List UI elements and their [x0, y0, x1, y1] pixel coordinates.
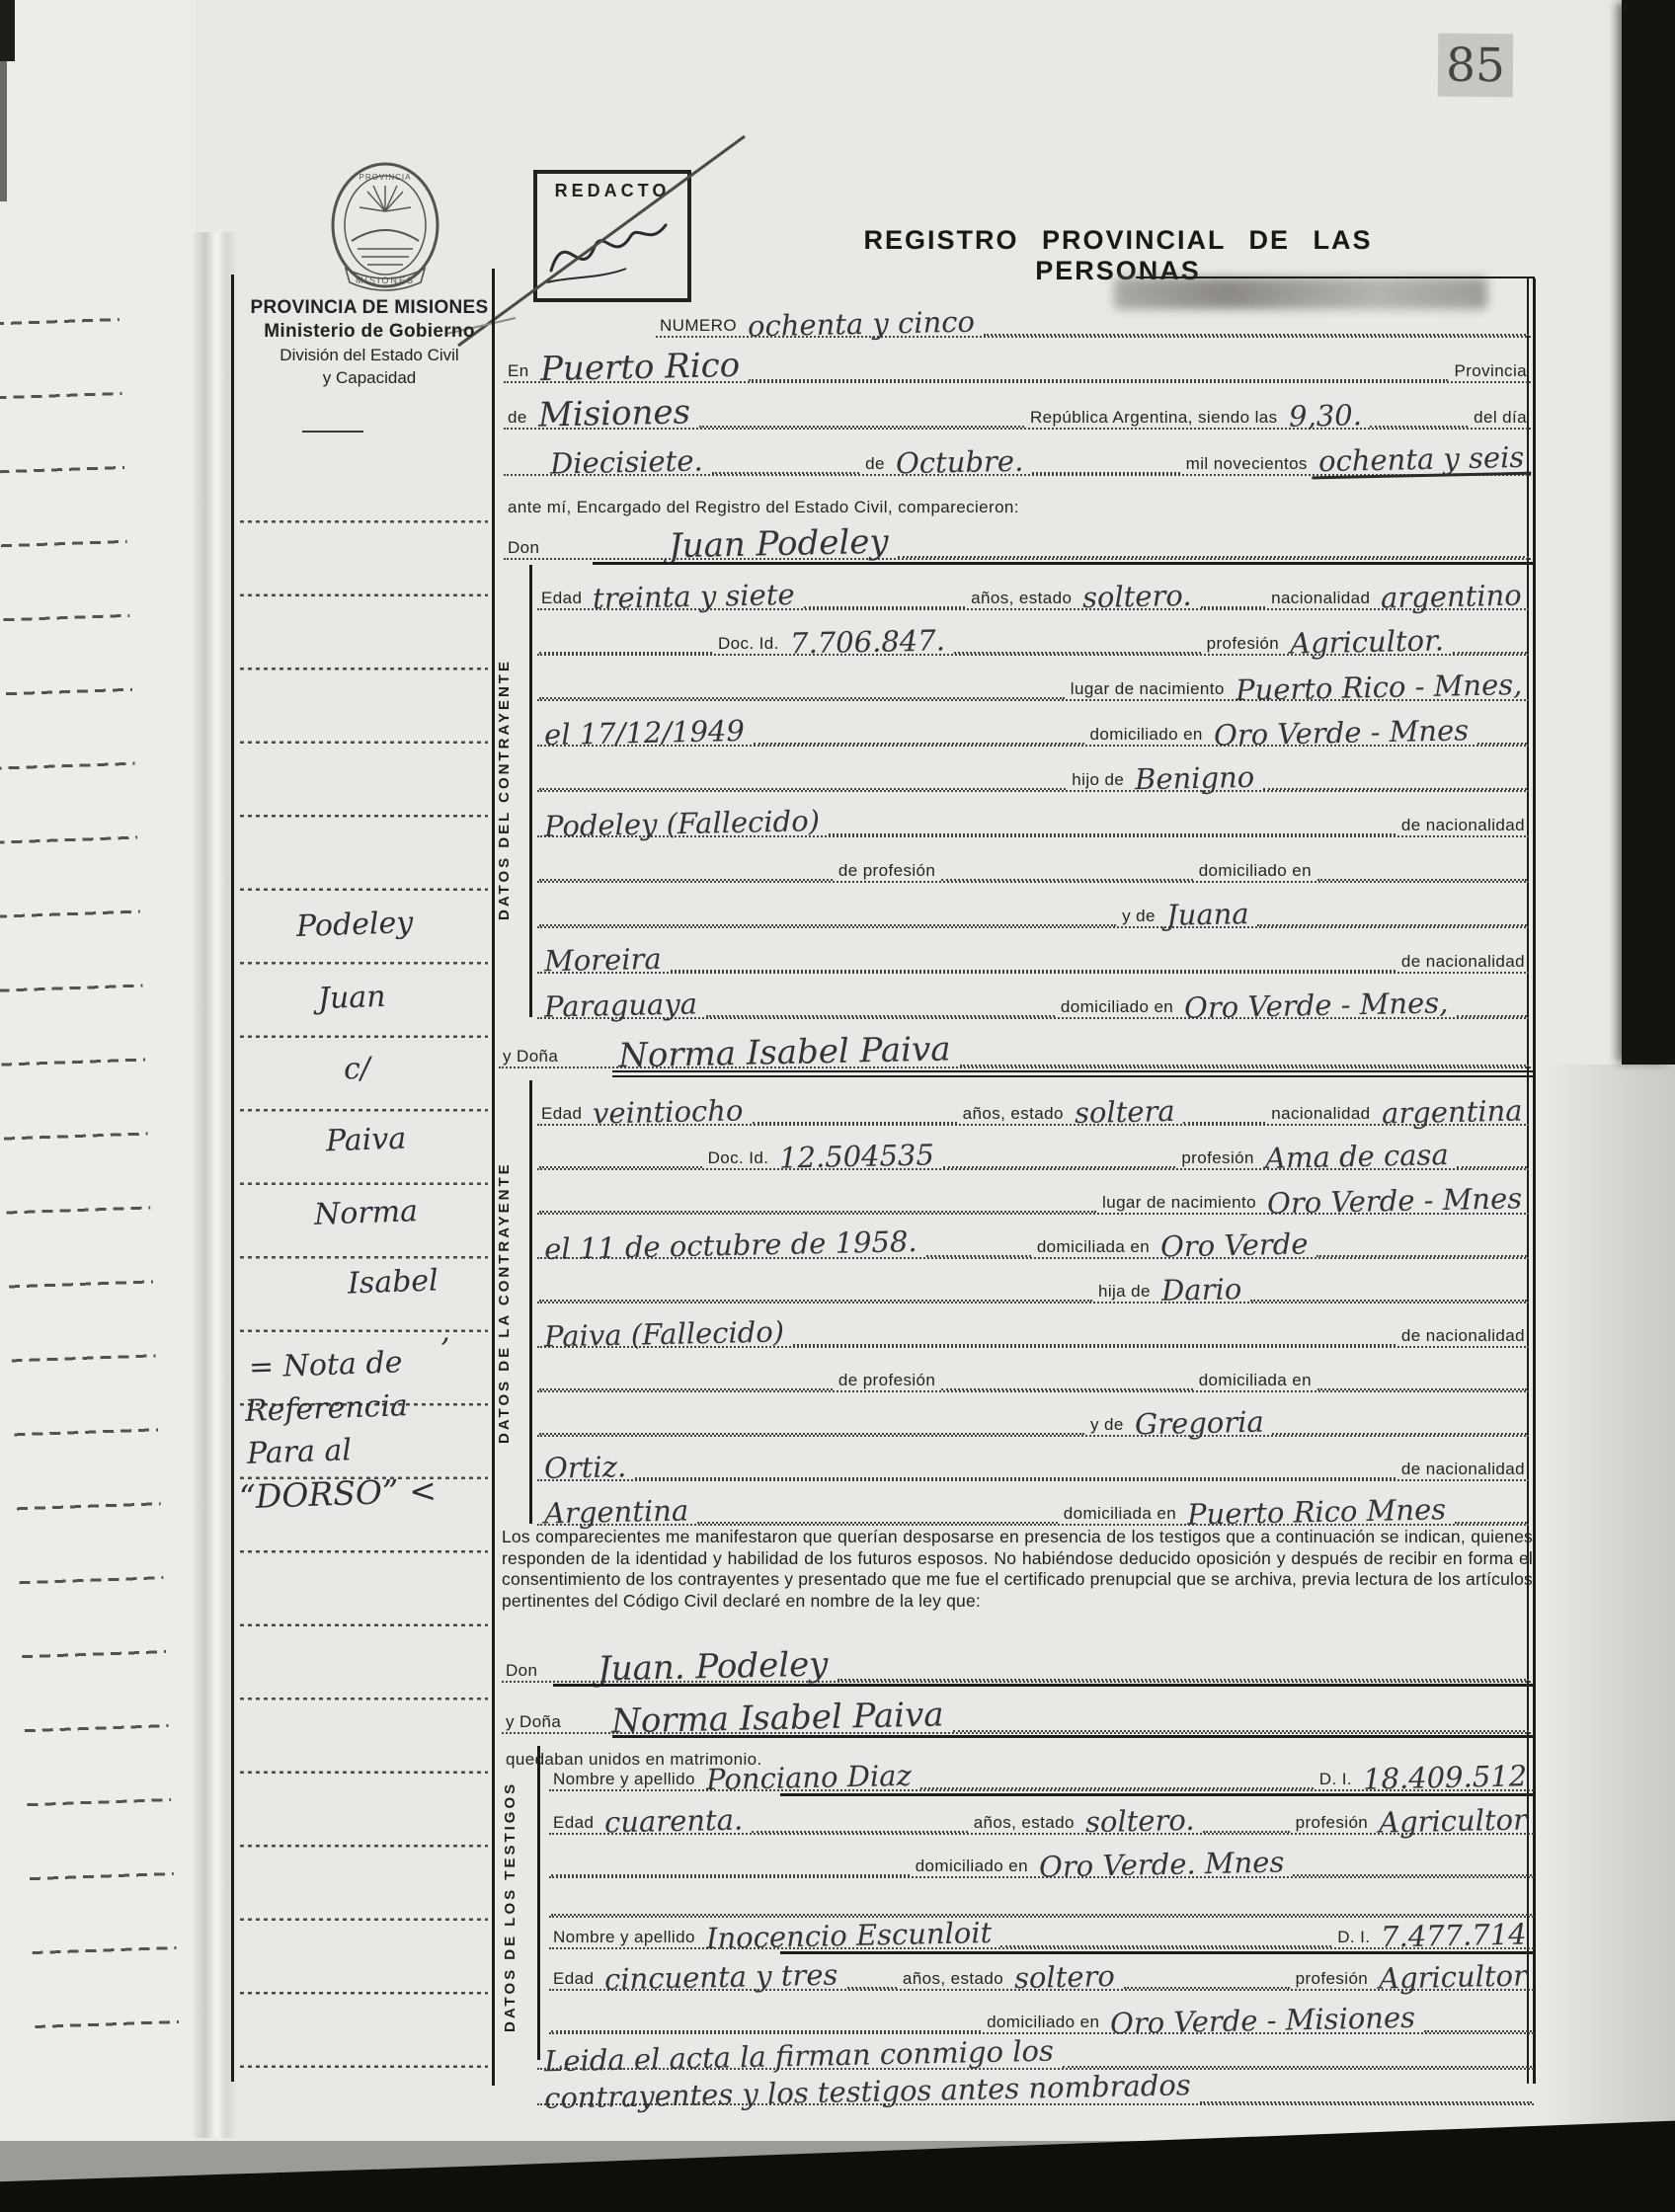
- row-groom-edad: Edad treinta y siete años, estado solter…: [537, 565, 1529, 610]
- estado-label: años, estado: [970, 1812, 1078, 1833]
- nacionalidad-label: nacionalidad: [1267, 1103, 1374, 1124]
- dotted-line: [1457, 1161, 1527, 1168]
- office-divider-rule: [302, 431, 363, 433]
- domicilio-label: domiciliada en: [1033, 1236, 1154, 1257]
- estado-label: años, estado: [967, 588, 1076, 608]
- section-label-groom: DATOS DEL CONTRAYENTE: [496, 563, 525, 1017]
- margin-note-surname2: Paiva: [326, 1125, 407, 1157]
- svg-text:MISIONES: MISIONES: [356, 276, 415, 285]
- row-bride-madre: y de Gregoria: [537, 1391, 1529, 1437]
- don-label: Don: [502, 1660, 541, 1681]
- numero-value: ochenta y cinco: [741, 306, 982, 341]
- dotted-line: [1032, 467, 1180, 474]
- declaration-paragraph: Los comparecientes me manifestaron que q…: [502, 1527, 1533, 1612]
- svg-text:PROVINCIA: PROVINCIA: [359, 173, 411, 182]
- novia-firma: Norma Isabel Paiva: [611, 1032, 958, 1072]
- row-bride-edad: Edad veintiocho años, estado soltera nac…: [537, 1080, 1529, 1126]
- edad-label: Edad: [549, 1968, 598, 1989]
- del-dia-label: del día: [1470, 407, 1531, 428]
- dotted-line: [984, 329, 1529, 336]
- dotted-line: [829, 829, 1396, 835]
- nombre-apellido-label: Nombre y apellido: [549, 1927, 699, 1947]
- y-de-label: y de: [1086, 1414, 1128, 1435]
- row-numero: NUMERO ochenta y cinco: [656, 292, 1531, 338]
- padre-value: Dario: [1155, 1274, 1249, 1305]
- domicilio-value: Oro Verde: [1154, 1228, 1316, 1261]
- row-bride-padre-apellido: Paiva (Fallecido) de nacionalidad: [537, 1303, 1529, 1348]
- margin-reference-note: Para al: [247, 1436, 353, 1469]
- row-w1-nombre: Nombre y apellido Ponciano Diaz D. I. 18…: [549, 1746, 1534, 1791]
- dotted-line: [712, 467, 860, 474]
- profesion-label: profesión: [1177, 1147, 1258, 1168]
- dotted-line: [539, 1428, 1084, 1435]
- madre-domicilio-value: Puerto Rico Mnes: [1180, 1494, 1454, 1530]
- row-bride-madre-apellido: Ortiz. de nacionalidad: [537, 1436, 1529, 1481]
- estado-label: años, estado: [959, 1103, 1068, 1124]
- row-decl-don: Don Juan. Podeley: [502, 1637, 1531, 1683]
- scanned-registry-page: 85 MISIONES PROVINCIA REDACTO REGISTRO P…: [0, 0, 1675, 2212]
- margin-reference-note: = Nota de: [249, 1348, 403, 1382]
- heavy-rule: [612, 1070, 1534, 1072]
- nacimiento-value: Puerto Rico - Mnes,: [1229, 670, 1530, 705]
- madre-apellido-value: Moreira: [537, 944, 669, 977]
- dotted-line: [1317, 1383, 1527, 1390]
- dotted-line: [960, 1060, 1529, 1066]
- dotted-line: [1477, 738, 1527, 745]
- de2-label: de: [861, 453, 889, 474]
- dotted-line: [539, 874, 833, 881]
- dotted-line: [539, 1295, 1092, 1302]
- hora-value: 9,30.: [1281, 400, 1368, 432]
- dotted-line: [754, 738, 1084, 745]
- row-bride-fecha-dom: el 11 de octubre de 1958. domiciliada en…: [537, 1214, 1529, 1259]
- scan-corner-mark: [0, 0, 15, 61]
- office-line: PROVINCIA DE MISIONES: [250, 297, 488, 318]
- dotted-line: [793, 1339, 1396, 1346]
- row-groom-madre-apellido: Moreira de nacionalidad: [537, 928, 1529, 974]
- madre-value: Juana: [1159, 899, 1256, 930]
- dotted-line: [539, 1206, 1096, 1213]
- row-lugar: En Puerto Rico Provincia: [504, 338, 1531, 383]
- edad-label: Edad: [537, 1103, 586, 1124]
- row-groom-prof2: de profesión domiciliado en: [537, 837, 1529, 883]
- dotted-line: [539, 919, 1116, 926]
- cierre-line2: contrayentes y los testigos antes nombra…: [537, 2070, 1198, 2113]
- fecha-nacimiento-value: el 17/12/1949: [537, 716, 752, 750]
- dotted-line: [1272, 1428, 1527, 1435]
- dotted-line: [920, 1782, 1314, 1789]
- dotted-line: [1183, 1117, 1265, 1124]
- row-ante-mi: ante mí, Encargado del Registro del Esta…: [504, 474, 1531, 517]
- dotted-line: [1124, 1982, 1290, 1989]
- dotted-line: [941, 1383, 1192, 1390]
- dotted-line: [753, 1117, 957, 1124]
- padre-value: Benigno: [1128, 762, 1262, 795]
- nacimiento-label: lugar de nacimiento: [1067, 678, 1229, 699]
- dotted-line: [1453, 647, 1527, 654]
- dotted-line: [926, 1250, 1031, 1257]
- row-y-dona: y Doña Norma Isabel Paiva: [499, 1023, 1531, 1068]
- row-groom-nacimiento: lugar de nacimiento Puerto Rico - Mnes,: [537, 656, 1529, 701]
- domicilio2-label: domiciliado en: [1195, 860, 1316, 881]
- madre-apellido-value: Ortiz.: [537, 1452, 634, 1483]
- row-groom-padre-apellido: Podeley (Fallecido) de nacionalidad: [537, 792, 1529, 837]
- edad-label: Edad: [549, 1812, 598, 1833]
- doc-label: Doc. Id.: [704, 1147, 773, 1168]
- nacionalidad-label: nacionalidad: [1267, 588, 1374, 608]
- section-label-bride: DATOS DE LA CONTRAYENTE: [496, 1080, 525, 1525]
- dotted-line: [1200, 2096, 1532, 2103]
- mil-label: mil novecientos: [1182, 453, 1312, 474]
- dotted-line: [539, 1161, 702, 1168]
- row-w2-nombre: Nombre y apellido Inocencio Escunloit D.…: [549, 1904, 1534, 1949]
- hija-de-label: hija de: [1094, 1281, 1155, 1302]
- dotted-line: [706, 1010, 1055, 1017]
- nombre-apellido-label: Nombre y apellido: [549, 1769, 699, 1789]
- dotted-line: [699, 421, 1024, 428]
- dotted-line: [1257, 919, 1527, 926]
- provincia-value: Misiones: [530, 395, 697, 433]
- dotted-line: [898, 551, 1529, 558]
- row-cierre-2: contrayentes y los testigos antes nombra…: [537, 2060, 1534, 2105]
- heavy-rule: [612, 1075, 1534, 1077]
- doc-value: 7.706.847.: [783, 625, 952, 659]
- section-bracket-bride: [529, 1080, 532, 1524]
- lugar-value: Puerto Rico: [532, 349, 747, 387]
- heavy-rule: [553, 1684, 1534, 1687]
- row-groom-fecha-dom: el 17/12/1949 domiciliado en Oro Verde -…: [537, 701, 1529, 747]
- y-de-label: y de: [1118, 906, 1159, 926]
- scan-corner-mark: [0, 61, 7, 201]
- nacionalidad3-label: de nacionalidad: [1397, 1459, 1529, 1479]
- row-groom-madre: y de Juana: [537, 883, 1529, 928]
- edad-label: Edad: [537, 588, 586, 608]
- edad-value: treinta y siete: [586, 580, 802, 614]
- madre-value: Gregoria: [1127, 1406, 1270, 1439]
- office-line: y Capacidad: [323, 368, 417, 387]
- row-groom-doc: Doc. Id. 7.706.847. profesión Agricultor…: [537, 610, 1529, 656]
- profesion-value: Ama de casa: [1258, 1140, 1456, 1173]
- hijo-de-label: hijo de: [1068, 769, 1128, 790]
- row-bride-padre: hija de Dario: [537, 1258, 1529, 1303]
- en-label: En: [504, 360, 533, 381]
- dotted-line: [635, 1472, 1396, 1479]
- dotted-line: [752, 1826, 967, 1833]
- row-groom-padre: hijo de Benigno: [537, 747, 1529, 792]
- dotted-line: [954, 647, 1201, 654]
- dotted-line: [671, 965, 1396, 972]
- margin-note-comma: ,: [439, 1317, 450, 1347]
- estado-value: soltera: [1068, 1096, 1182, 1128]
- margin-note-name: Juan: [317, 983, 386, 1014]
- dotted-line: [1457, 1010, 1527, 1017]
- redacto-signature-icon: [541, 199, 683, 290]
- madre-domicilio-value: Oro Verde - Mnes,: [1177, 987, 1456, 1023]
- de-label: de: [504, 407, 531, 428]
- doc-label: Doc. Id.: [714, 633, 783, 654]
- nacionalidad2-label: de nacionalidad: [1397, 815, 1529, 835]
- margin-note-name2: Norma: [314, 1197, 419, 1230]
- row-provincia: de Misiones República Argentina, siendo …: [504, 384, 1531, 430]
- dotted-line: [953, 1725, 1529, 1732]
- di-label: D. I.: [1333, 1927, 1374, 1947]
- dotted-line: [697, 1517, 1058, 1524]
- novia-firma: Norma Isabel Paiva: [604, 1698, 951, 1738]
- dotted-line: [749, 374, 1449, 381]
- domicilio-label: domiciliado en: [1086, 724, 1207, 745]
- dotted-line: [943, 1161, 1175, 1168]
- row-bride-nacimiento: lugar de nacimiento Oro Verde - Mnes: [537, 1169, 1529, 1215]
- profesion2-label: de profesión: [835, 1370, 939, 1390]
- dotted-line: [1317, 874, 1527, 881]
- dotted-line: [1250, 1295, 1527, 1302]
- dotted-line: [1263, 783, 1527, 790]
- margin-reference-note: “DORSO” <: [239, 1476, 438, 1513]
- dotted-line: [1201, 601, 1265, 608]
- dotted-line: [1316, 1250, 1527, 1257]
- novio-firma: Juan Podeley: [662, 525, 896, 564]
- office-line: Ministerio de Gobierno: [264, 321, 475, 342]
- dotted-line: [1203, 1826, 1289, 1833]
- row-bride-prof2: de profesión domiciliada en: [537, 1347, 1529, 1392]
- domicilio2-label: domiciliada en: [1195, 1370, 1316, 1390]
- y-dona-label: y Doña: [499, 1046, 562, 1066]
- office-line: División del Estado Civil: [279, 346, 458, 364]
- margin-column-border: [231, 275, 234, 2082]
- provincia-label: Provincia: [1450, 360, 1531, 381]
- nacionalidad-value: argentino: [1374, 580, 1529, 612]
- numero-label: NUMERO: [656, 315, 741, 336]
- row-fecha: Diecisiete. de Octubre. mil novecientos …: [504, 431, 1531, 476]
- margin-note-surname: Podeley: [296, 908, 414, 942]
- padre-apellido-value: Podeley (Fallecido): [537, 806, 827, 841]
- y-dona-label: y Doña: [502, 1711, 565, 1732]
- estado-value: soltero.: [1076, 581, 1199, 613]
- nacionalidad-value: argentina: [1374, 1095, 1529, 1128]
- profesion-value: Agricultor.: [1283, 625, 1451, 659]
- book-edge-shadow-right: [1622, 0, 1675, 1065]
- page-edge-shading: [1541, 1065, 1675, 2151]
- form-left-border: [492, 269, 495, 2086]
- row-bride-madre-nac: Argentina domiciliada en Puerto Rico Mne…: [537, 1480, 1529, 1526]
- domicilio3-label: domiciliada en: [1060, 1503, 1180, 1524]
- page-number-stamp: 85: [1438, 34, 1514, 98]
- section-bracket-witnesses: [537, 1746, 540, 2060]
- section-bracket-groom: [529, 565, 532, 1017]
- row-decl-dona: y Doña Norma Isabel Paiva: [502, 1689, 1531, 1734]
- redacto-stamp-box: REDACTO: [533, 170, 691, 302]
- profesion-label: profesión: [1203, 633, 1284, 654]
- profesion2-label: de profesión: [835, 860, 939, 881]
- domicilio-value: Oro Verde - Mnes: [1207, 715, 1476, 750]
- form-top-rule: [1136, 276, 1535, 278]
- dotted-line: [539, 1383, 833, 1390]
- nacionalidad3-label: de nacionalidad: [1397, 951, 1529, 972]
- dotted-line: [941, 874, 1192, 881]
- nacimiento-label: lugar de nacimiento: [1098, 1192, 1260, 1213]
- nacionalidad2-label: de nacionalidad: [1397, 1325, 1529, 1346]
- row-bride-doc: Doc. Id. 12.504535 profesión Ama de casa: [537, 1125, 1529, 1170]
- dotted-line: [804, 601, 965, 608]
- margin-note-name3: Isabel: [348, 1266, 439, 1299]
- dotted-line: [1370, 421, 1468, 428]
- novio-firma: Juan. Podeley: [591, 1647, 836, 1686]
- dotted-line: [1455, 1517, 1527, 1524]
- margin-note-con: c/: [343, 1055, 370, 1085]
- dotted-line: [539, 647, 712, 654]
- domicilio3-label: domiciliado en: [1057, 996, 1177, 1017]
- di-label: D. I.: [1316, 1769, 1356, 1789]
- dotted-line: [539, 783, 1066, 790]
- don-label: Don: [504, 537, 543, 558]
- margin-reference-note: Referencia: [245, 1391, 409, 1427]
- edad-value: veintiocho: [586, 1095, 751, 1128]
- row-w1-edad: Edad cuarenta. años, estado soltero. pro…: [549, 1789, 1534, 1835]
- profesion-label: profesión: [1292, 1812, 1373, 1833]
- row-w2-edad: Edad cincuenta y tres años, estado solte…: [549, 1945, 1534, 1991]
- doc-value: 12.504535: [772, 1140, 941, 1173]
- estado-label: años, estado: [899, 1968, 1007, 1989]
- row-don: Don Juan Podeley: [504, 514, 1531, 560]
- office-header: PROVINCIA DE MISIONES Ministerio de Gobi…: [242, 296, 497, 389]
- heavy-rule: [612, 1735, 1534, 1738]
- madre-nacionalidad-value: Argentina: [537, 1495, 696, 1528]
- dotted-line: [847, 1982, 897, 1989]
- row-groom-madre-nac: Paraguaya domiciliado en Oro Verde - Mne…: [537, 974, 1529, 1019]
- dotted-line: [539, 692, 1065, 699]
- section-label-witnesses: DATOS DE LOS TESTIGOS: [502, 1753, 531, 2061]
- madre-nacionalidad-value: Paraguaya: [537, 988, 704, 1022]
- dotted-line: [837, 1674, 1529, 1681]
- province-seal-icon: MISIONES PROVINCIA: [328, 158, 442, 296]
- profesion-label: profesión: [1292, 1968, 1373, 1989]
- redacto-stamp-label: REDACTO: [537, 181, 687, 201]
- republica-label: República Argentina, siendo las: [1026, 407, 1282, 428]
